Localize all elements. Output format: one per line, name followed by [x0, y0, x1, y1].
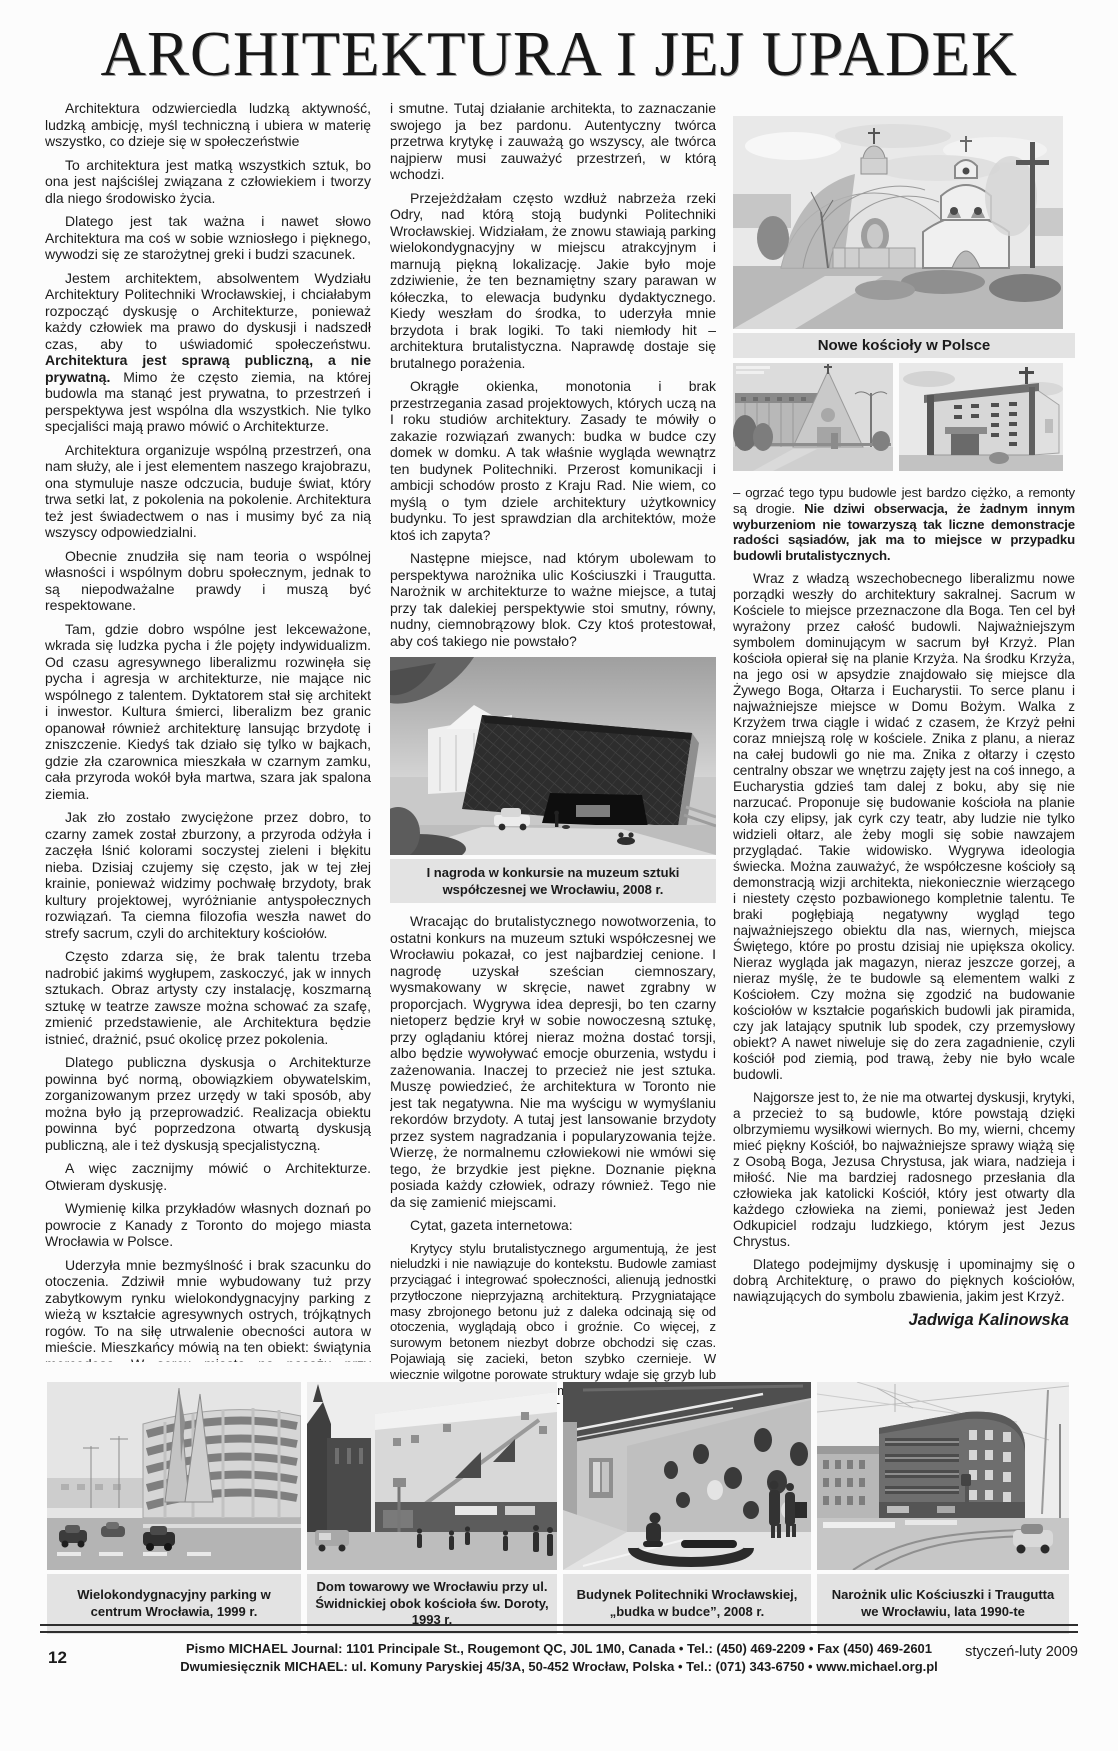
publisher-line-1: Pismo MICHAEL Journal: 1101 Principale S…	[160, 1640, 958, 1658]
bottom-photo-strip: Wielokondygnacyjny parking w centrum Wro…	[47, 1382, 1071, 1634]
footer-divider	[40, 1624, 1078, 1633]
figure-museum: I nagroda w konkursie na muzeum sztuki w…	[390, 657, 716, 903]
photo-department-store	[307, 1382, 557, 1570]
publisher-line-2: Dwumiesięcznik MICHAEL: ul. Komuny Parys…	[160, 1658, 958, 1676]
paragraph: Wraz z władzą wszechobecnego liberalizmu…	[733, 571, 1075, 1083]
figure-street-corner: Narożnik ulic Kościuszki i Traugutta we …	[817, 1382, 1069, 1634]
photo-street-corner-block	[817, 1382, 1069, 1570]
paragraph: A więc zacznijmy mówić o Architekturze. …	[45, 1160, 371, 1193]
paragraph: Następne miejsce, nad którym ubolewam to…	[390, 550, 716, 649]
caption-new-churches: Nowe kościoły w Polsce	[733, 333, 1075, 358]
figure-department-store: Dom towarowy we Wrocławiu przy ul. Świdn…	[307, 1382, 557, 1634]
paragraph: Często zdarza się, że brak talentu trzeb…	[45, 948, 371, 1047]
issue-date: styczeń-luty 2009	[965, 1644, 1078, 1660]
figure-parking: Wielokondygnacyjny parking w centrum Wro…	[47, 1382, 301, 1634]
paragraph: Dlatego publiczna dyskusja o Architektur…	[45, 1054, 371, 1153]
paragraph: Architektura organizuje wspólną przestrz…	[45, 442, 371, 541]
page-number: 12	[48, 1648, 67, 1668]
article-column-3: Nowe kościoły w Polsce	[733, 100, 1075, 1376]
photo-church-small-left	[733, 363, 893, 471]
paragraph: Uderzyła mnie bezmyślność i brak szacunk…	[45, 1257, 371, 1363]
footer: 12 Pismo MICHAEL Journal: 1101 Principal…	[40, 1638, 1078, 1698]
paragraph: Wymienię kilka przykładów własnych dozna…	[45, 1200, 371, 1250]
article-column-1: Architektura odzwierciedla ludzką aktywn…	[45, 100, 371, 1362]
photo-museum-competition	[390, 657, 716, 855]
photo-politechnika-interior	[563, 1382, 811, 1570]
paragraph: Dlatego jest tak ważna i nawet słowo Arc…	[45, 213, 371, 263]
photo-church-small-right	[899, 363, 1063, 471]
paragraph-text: Jestem architektem, absolwentem Wydziału…	[45, 270, 371, 352]
figure-politechnika-interior: Budynek Politechniki Wrocławskiej, „budk…	[563, 1382, 811, 1634]
paragraph: Jak zło zostało zwyciężone przez dobro, …	[45, 809, 371, 941]
paragraph: Przejeżdżałam często wzdłuż nabrzeża rze…	[390, 190, 716, 372]
paragraph: i smutne. Tutaj działanie architekta, to…	[390, 100, 716, 183]
page-title: ARCHITEKTURA I JEJ UPADEK	[0, 20, 1118, 89]
paragraph-quote: Krytycy stylu brutalistycznego argumentu…	[390, 1241, 716, 1405]
paragraph: Architektura odzwierciedla ludzką aktywn…	[45, 100, 371, 150]
publisher-info: Pismo MICHAEL Journal: 1101 Principale S…	[160, 1640, 958, 1676]
paragraph: To architektura jest matką wszystkich sz…	[45, 157, 371, 207]
paragraph: Jestem architektem, absolwentem Wydziału…	[45, 270, 371, 435]
caption-museum: I nagroda w konkursie na muzeum sztuki w…	[390, 859, 716, 903]
paragraph: Dlatego podejmijmy dyskusję i upominajmy…	[733, 1257, 1075, 1305]
paragraph: Najgorsze jest to, że nie ma otwartej dy…	[733, 1090, 1075, 1250]
paragraph: Okrągłe okienka, monotonia i brak przest…	[390, 378, 716, 543]
church-photos-row	[733, 363, 1075, 471]
newspaper-page: ARCHITEKTURA I JEJ UPADEK Architektura o…	[0, 0, 1118, 1751]
photo-parking-tower	[47, 1382, 301, 1570]
photo-church-main	[733, 116, 1063, 329]
paragraph-lead: – ogrzać tego typu budowle jest bardzo c…	[733, 485, 1075, 564]
article-column-2: i smutne. Tutaj działanie architekta, to…	[390, 100, 716, 1404]
paragraph: Cytat, gazeta internetowa:	[390, 1217, 716, 1234]
paragraph: Tam, gdzie dobro wspólne jest lekceważon…	[45, 621, 371, 803]
figure-new-churches: Nowe kościoły w Polsce	[733, 116, 1075, 471]
author-signature: Jadwiga Kalinowska	[733, 1312, 1075, 1329]
paragraph: Wracając do brutalistycznego nowotworzen…	[390, 913, 716, 1210]
paragraph: Obecnie znudziła się nam teoria o wspóln…	[45, 548, 371, 614]
